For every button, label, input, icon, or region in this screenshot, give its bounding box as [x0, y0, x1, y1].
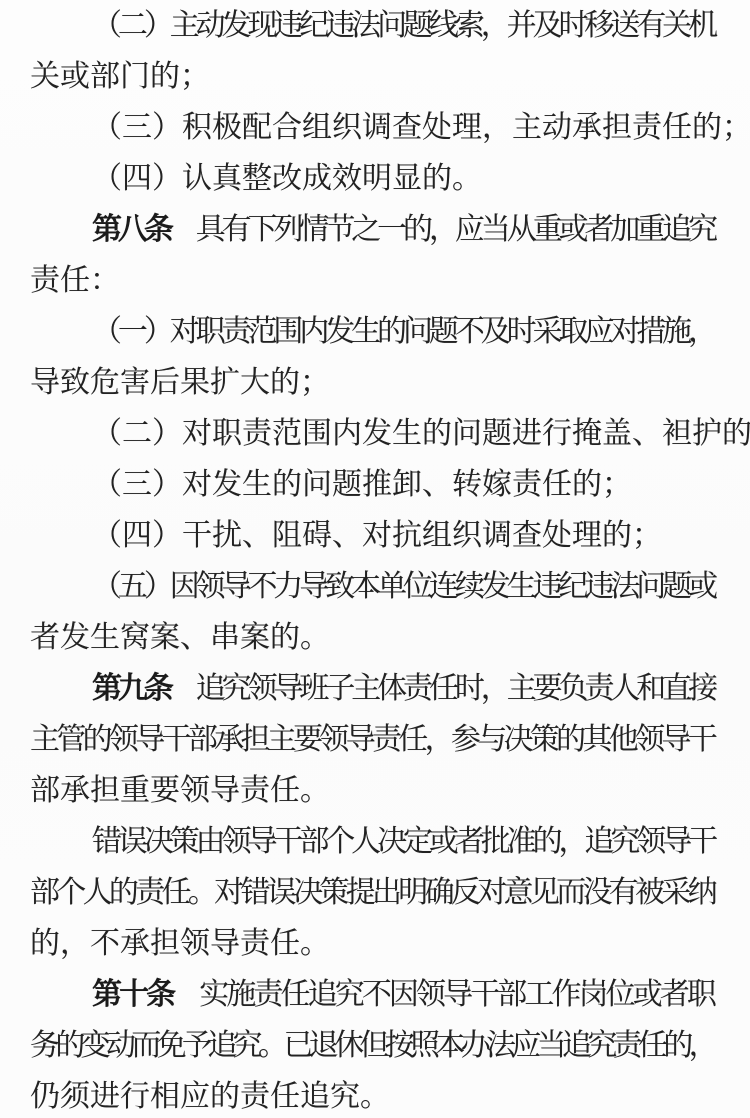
- line-text: 关或部门的；: [30, 51, 210, 102]
- line-text: 的，不承担领导责任。: [30, 918, 330, 969]
- text-line: 部承担重要领导责任。: [30, 765, 714, 816]
- text-line: 主管的领导干部承担主要领导责任，参与决策的其他领导干: [30, 714, 714, 765]
- text-line: （二）主动发现违纪违法问题线索，并及时移送有关机: [30, 0, 714, 51]
- article-heading-line: 第九条追究领导班子主体责任时，主要负责人和直接: [30, 663, 714, 714]
- line-text: （二）对职责范围内发生的问题进行掩盖、袒护的；: [92, 408, 750, 459]
- article-heading-line: 第十条实施责任追究不因领导干部工作岗位或者职: [30, 969, 714, 1020]
- line-text: 第九条追究领导班子主体责任时，主要负责人和直接: [92, 663, 714, 714]
- line-text: 第十条实施责任追究不因领导干部工作岗位或者职: [92, 969, 714, 1020]
- line-text: （四）干扰、阻碍、对抗组织调查处理的；: [92, 510, 662, 561]
- text-line: 部个人的责任。对错误决策提出明确反对意见而没有被采纳: [30, 867, 714, 918]
- line-text: （三）对发生的问题推卸、转嫁责任的；: [92, 459, 632, 510]
- line-text: 部承担重要领导责任。: [30, 765, 330, 816]
- text-line: （二）对职责范围内发生的问题进行掩盖、袒护的；: [30, 408, 714, 459]
- line-text: 责任：: [30, 255, 120, 306]
- line-text: 错误决策由领导干部个人决定或者批准的，追究领导干: [92, 816, 714, 867]
- text-line: 者发生窝案、串案的。: [30, 612, 714, 663]
- text-line: 务的变动而免予追究。已退休但按照本办法应当追究责任的，: [30, 1020, 714, 1071]
- text-line: 错误决策由领导干部个人决定或者批准的，追究领导干: [30, 816, 714, 867]
- line-text: 主管的领导干部承担主要领导责任，参与决策的其他领导干: [30, 714, 714, 765]
- text-line: （三）积极配合组织调查处理，主动承担责任的；: [30, 102, 714, 153]
- text-line: 关或部门的；: [30, 51, 714, 102]
- text-line: （四）干扰、阻碍、对抗组织调查处理的；: [30, 510, 714, 561]
- text-line: （一）对职责范围内发生的问题不及时采取应对措施，: [30, 306, 714, 357]
- text-line: （三）对发生的问题推卸、转嫁责任的；: [30, 459, 714, 510]
- line-text: （三）积极配合组织调查处理，主动承担责任的；: [92, 102, 750, 153]
- line-text: （一）对职责范围内发生的问题不及时采取应对措施，: [92, 306, 714, 357]
- line-text: 部个人的责任。对错误决策提出明确反对意见而没有被采纳: [30, 867, 714, 918]
- line-text: （五）因领导不力导致本单位连续发生违纪违法问题或: [92, 561, 714, 612]
- line-text: （二）主动发现违纪违法问题线索，并及时移送有关机: [92, 0, 714, 51]
- article-number: 第九条: [92, 672, 170, 705]
- text-line: 导致危害后果扩大的；: [30, 357, 714, 408]
- article-number: 第八条: [92, 213, 170, 246]
- text-line: 仍须进行相应的责任追究。: [30, 1071, 714, 1118]
- line-text: 者发生窝案、串案的。: [30, 612, 330, 663]
- line-text: 第八条具有下列情节之一的，应当从重或者加重追究: [92, 204, 714, 255]
- document-page: （二）主动发现违纪违法问题线索，并及时移送有关机关或部门的；（三）积极配合组织调…: [0, 0, 750, 1118]
- line-text: 导致危害后果扩大的；: [30, 357, 330, 408]
- text-line: 责任：: [30, 255, 714, 306]
- line-text: （四）认真整改成效明显的。: [92, 153, 482, 204]
- line-text: 务的变动而免予追究。已退休但按照本办法应当追究责任的，: [30, 1020, 714, 1071]
- text-line: 的，不承担领导责任。: [30, 918, 714, 969]
- line-text: 仍须进行相应的责任追究。: [30, 1071, 390, 1118]
- article-number: 第十条: [92, 978, 173, 1011]
- article-heading-line: 第八条具有下列情节之一的，应当从重或者加重追究: [30, 204, 714, 255]
- text-line: （五）因领导不力导致本单位连续发生违纪违法问题或: [30, 561, 714, 612]
- text-line: （四）认真整改成效明显的。: [30, 153, 714, 204]
